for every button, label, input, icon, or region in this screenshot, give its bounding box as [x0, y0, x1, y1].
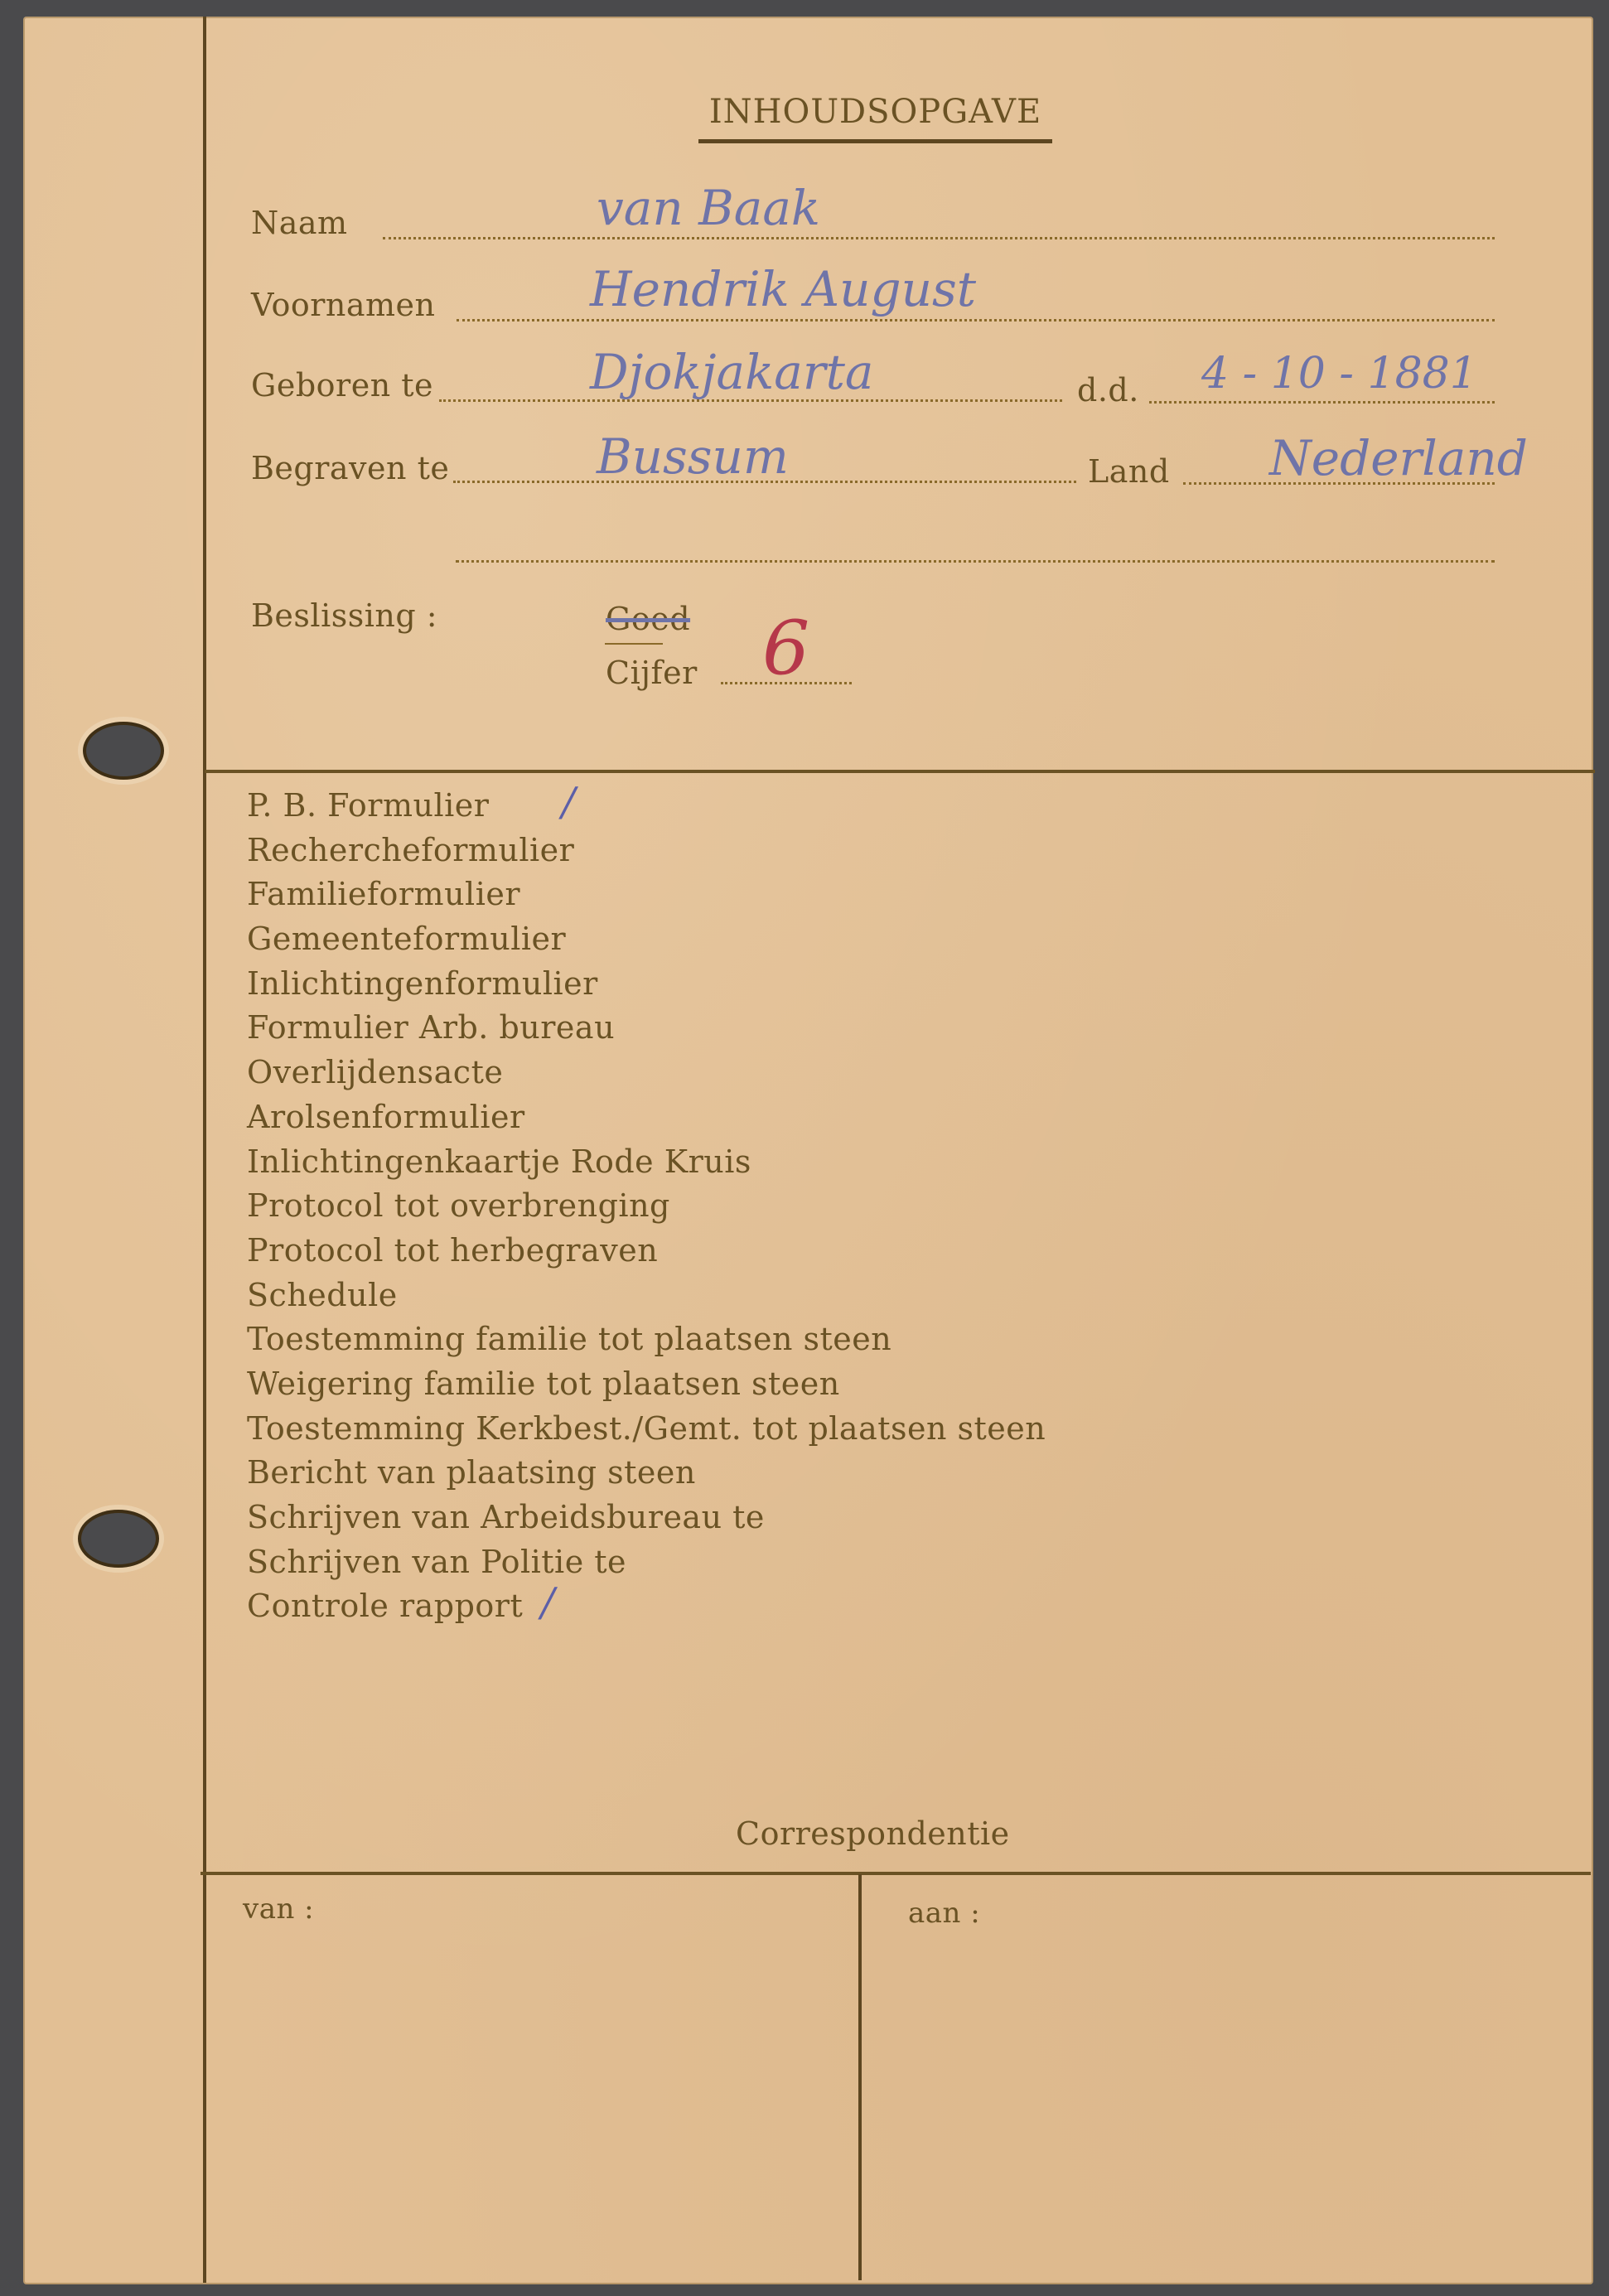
to-label: aan : [908, 1899, 980, 1927]
document-item-label: Weigering familie tot plaatsen steen [247, 1366, 840, 1402]
document-item-label: Toestemming Kerkbest./Gemt. tot plaatsen… [247, 1410, 1046, 1447]
document-item: Inlichtingenkaartje Rode Kruis [247, 1140, 1046, 1185]
cijfer-value: 6 [762, 611, 809, 686]
cijfer-label: Cijfer [606, 657, 698, 689]
document-item-label: Inlichtingenkaartje Rode Kruis [247, 1143, 751, 1180]
document-item-label: Protocol tot herbegraven [247, 1232, 658, 1269]
document-item-label: Toestemming familie tot plaatsen steen [247, 1321, 891, 1357]
document-item: Toestemming familie tot plaatsen steen [247, 1317, 1046, 1362]
documents-list: P. B. Formulier/Recherche­formulierFamil… [247, 784, 1046, 1629]
document-item-label: Recherche­formulier [247, 832, 574, 868]
document-item: Schrijven van Politie te [247, 1540, 1046, 1585]
document-item: Overlijdensacte [247, 1051, 1046, 1095]
beslissing-label: Beslissing : [251, 600, 437, 631]
margin-rule [203, 17, 206, 2283]
document-item: Arolsenformulier [247, 1095, 1046, 1140]
document-item-label: P. B. Formulier [247, 787, 489, 824]
from-area[interactable] [207, 1939, 853, 2270]
begraven-te-label: Begraven te [251, 452, 449, 484]
extra-field-line[interactable] [456, 560, 1495, 563]
land-value: Nederland [1269, 434, 1528, 482]
voornamen-field-line[interactable] [457, 319, 1495, 321]
document-item: Controle rapport/ [247, 1584, 1046, 1629]
correspondence-divider [201, 1872, 1591, 1875]
land-label: Land [1088, 456, 1170, 487]
document-item: P. B. Formulier/ [247, 784, 1046, 829]
voornamen-value: Hendrik August [590, 265, 976, 313]
form-title: INHOUDSOPGAVE [698, 93, 1052, 131]
document-item: Familieformulier [247, 872, 1046, 917]
document-item-label: Schedule [247, 1277, 398, 1313]
goed-divider [605, 643, 663, 645]
begraven-te-value: Bussum [597, 433, 789, 481]
document-item: Gemeenteformulier [247, 917, 1046, 962]
title-underline [698, 139, 1052, 143]
naam-field-line[interactable] [383, 237, 1495, 239]
document-item-label: Overlijdensacte [247, 1054, 503, 1090]
correspondence-heading: Correspondentie [736, 1818, 1010, 1849]
naam-value: van Baak [597, 184, 820, 232]
document-item-label: Gemeenteformulier [247, 921, 566, 957]
punch-hole-top [86, 725, 161, 776]
geboren-te-value: Djokjakarta [590, 348, 873, 396]
checkmark-icon: / [562, 781, 576, 825]
punch-hole-bottom [81, 1513, 156, 1564]
document-item: Bericht van plaatsing steen [247, 1451, 1046, 1496]
section-divider [205, 770, 1595, 773]
document-item-label: Controle rapport [247, 1588, 523, 1624]
document-item-label: Protocol tot overbrenging [247, 1187, 670, 1224]
naam-label: Naam [251, 207, 348, 239]
document-item: Weigering familie tot plaatsen steen [247, 1362, 1046, 1407]
document-item: Inlichtingenformulier [247, 962, 1046, 1007]
to-area[interactable] [866, 1939, 1587, 2270]
voornamen-label: Voornamen [251, 289, 436, 321]
document-item-label: Inlichtingenformulier [247, 965, 598, 1002]
checkmark-icon: / [541, 1581, 555, 1626]
document-item: Recherche­formulier [247, 829, 1046, 873]
geboren-dd-value: 4 - 10 - 1881 [1201, 352, 1477, 395]
document-item-label: Arolsenformulier [247, 1099, 525, 1135]
document-item: Schedule [247, 1274, 1046, 1318]
document-item-label: Bericht van plaatsing steen [247, 1454, 696, 1491]
correspondence-split [858, 1874, 862, 2280]
document-item-label: Formulier Arb. bureau [247, 1009, 615, 1046]
geboren-dd-label: d.d. [1077, 375, 1139, 406]
document-item: Formulier Arb. bureau [247, 1006, 1046, 1051]
document-item-label: Schrijven van Politie te [247, 1544, 626, 1580]
document-item-label: Familieformulier [247, 876, 520, 912]
document-item: Toestemming Kerkbest./Gemt. tot plaatsen… [247, 1407, 1046, 1452]
geboren-te-label: Geboren te [251, 370, 433, 401]
document-item-label: Schrijven van Arbeidsbureau te [247, 1499, 765, 1535]
document-item: Protocol tot herbegraven [247, 1229, 1046, 1274]
document-item: Schrijven van Arbeidsbureau te [247, 1496, 1046, 1540]
geboren-dd-field-line[interactable] [1149, 401, 1495, 404]
from-label: van : [243, 1895, 314, 1923]
document-item: Protocol tot overbrenging [247, 1184, 1046, 1229]
goed-option: Goed [606, 603, 690, 635]
